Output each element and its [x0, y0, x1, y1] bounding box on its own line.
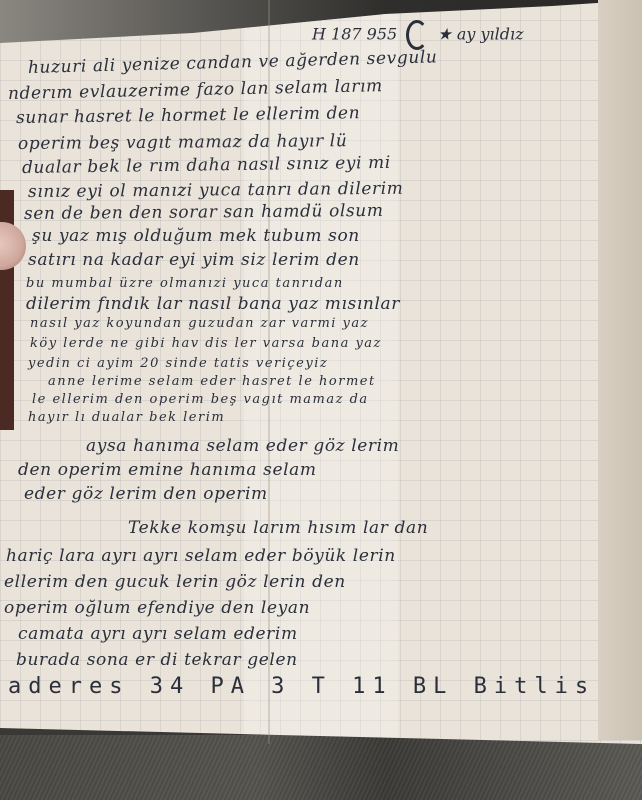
symbol-caption: ay yıldız — [457, 25, 524, 44]
letter-line: le ellerim den operim beş vagıt mamaz da — [32, 392, 369, 407]
letter-line: den operim emine hanıma selam — [18, 460, 317, 480]
letter-line: sunar hasret le hormet le ellerim den — [16, 103, 360, 128]
letter-line: köy lerde ne gibi hav dis ler varsa bana… — [30, 336, 382, 351]
letter-line: dualar bek le rım daha nasıl sınız eyi m… — [22, 153, 391, 178]
letter-line: bu mumbal üzre olmanızi yuca tanrıdan — [26, 276, 344, 291]
background-fabric-bottom — [0, 735, 642, 800]
letter-header: H 187 955 ★ ay yıldız — [312, 20, 524, 50]
handwritten-letter: H 187 955 ★ ay yıldız huzuri ali yenize … — [0, 0, 642, 744]
letter-line: nasıl yaz koyundan guzudan zar varmi yaz — [30, 316, 369, 331]
letter-line: satırı na kadar eyi yim siz lerim den — [28, 250, 360, 270]
reference-number: H 187 955 — [312, 25, 397, 44]
letter-line: şu yaz mış olduğum mek tubum son — [32, 226, 360, 246]
crescent-icon — [406, 20, 428, 50]
letter-line: nderım evlauzerime fazo lan selam larım — [8, 76, 383, 104]
letter-line: sınız eyi ol manızi yuca tanrı dan diler… — [28, 179, 404, 202]
letter-line: Tekke komşu larım hısım lar dan — [128, 518, 428, 538]
letter-line: operim beş vagıt mamaz da hayır lü — [18, 131, 348, 154]
letter-line: anne lerime selam eder hasret le hormet — [48, 374, 376, 389]
letter-line: dilerim fındık lar nasıl bana yaz mısınl… — [26, 294, 400, 314]
letter-line: aysa hanıma selam eder göz lerim — [86, 436, 399, 456]
letter-line: operim oğlum efendiye den leyan — [4, 598, 310, 618]
letter-line: eder göz lerim den operim — [24, 484, 268, 504]
letter-line: yedin ci ayim 20 sinde tatis veriçeyiz — [28, 356, 328, 371]
star-icon: ★ — [437, 25, 451, 44]
letter-line: ellerim den gucuk lerin göz lerin den — [4, 572, 346, 592]
letter-line: burada sona er di tekrar gelen — [16, 650, 298, 670]
letter-line: sen de ben den sorar san hamdü olsum — [24, 201, 384, 224]
letter-line: huzuri ali yenize candan ve ağerden sevg… — [28, 47, 438, 78]
address-line: aderes 34 PA 3 T 11 BL Bitlis — [8, 674, 595, 699]
letter-line: hayır lı dualar bek lerim — [28, 410, 225, 425]
letter-line: hariç lara ayrı ayrı selam eder böyük le… — [6, 546, 396, 566]
letter-line: camata ayrı ayrı selam ederim — [18, 624, 298, 644]
